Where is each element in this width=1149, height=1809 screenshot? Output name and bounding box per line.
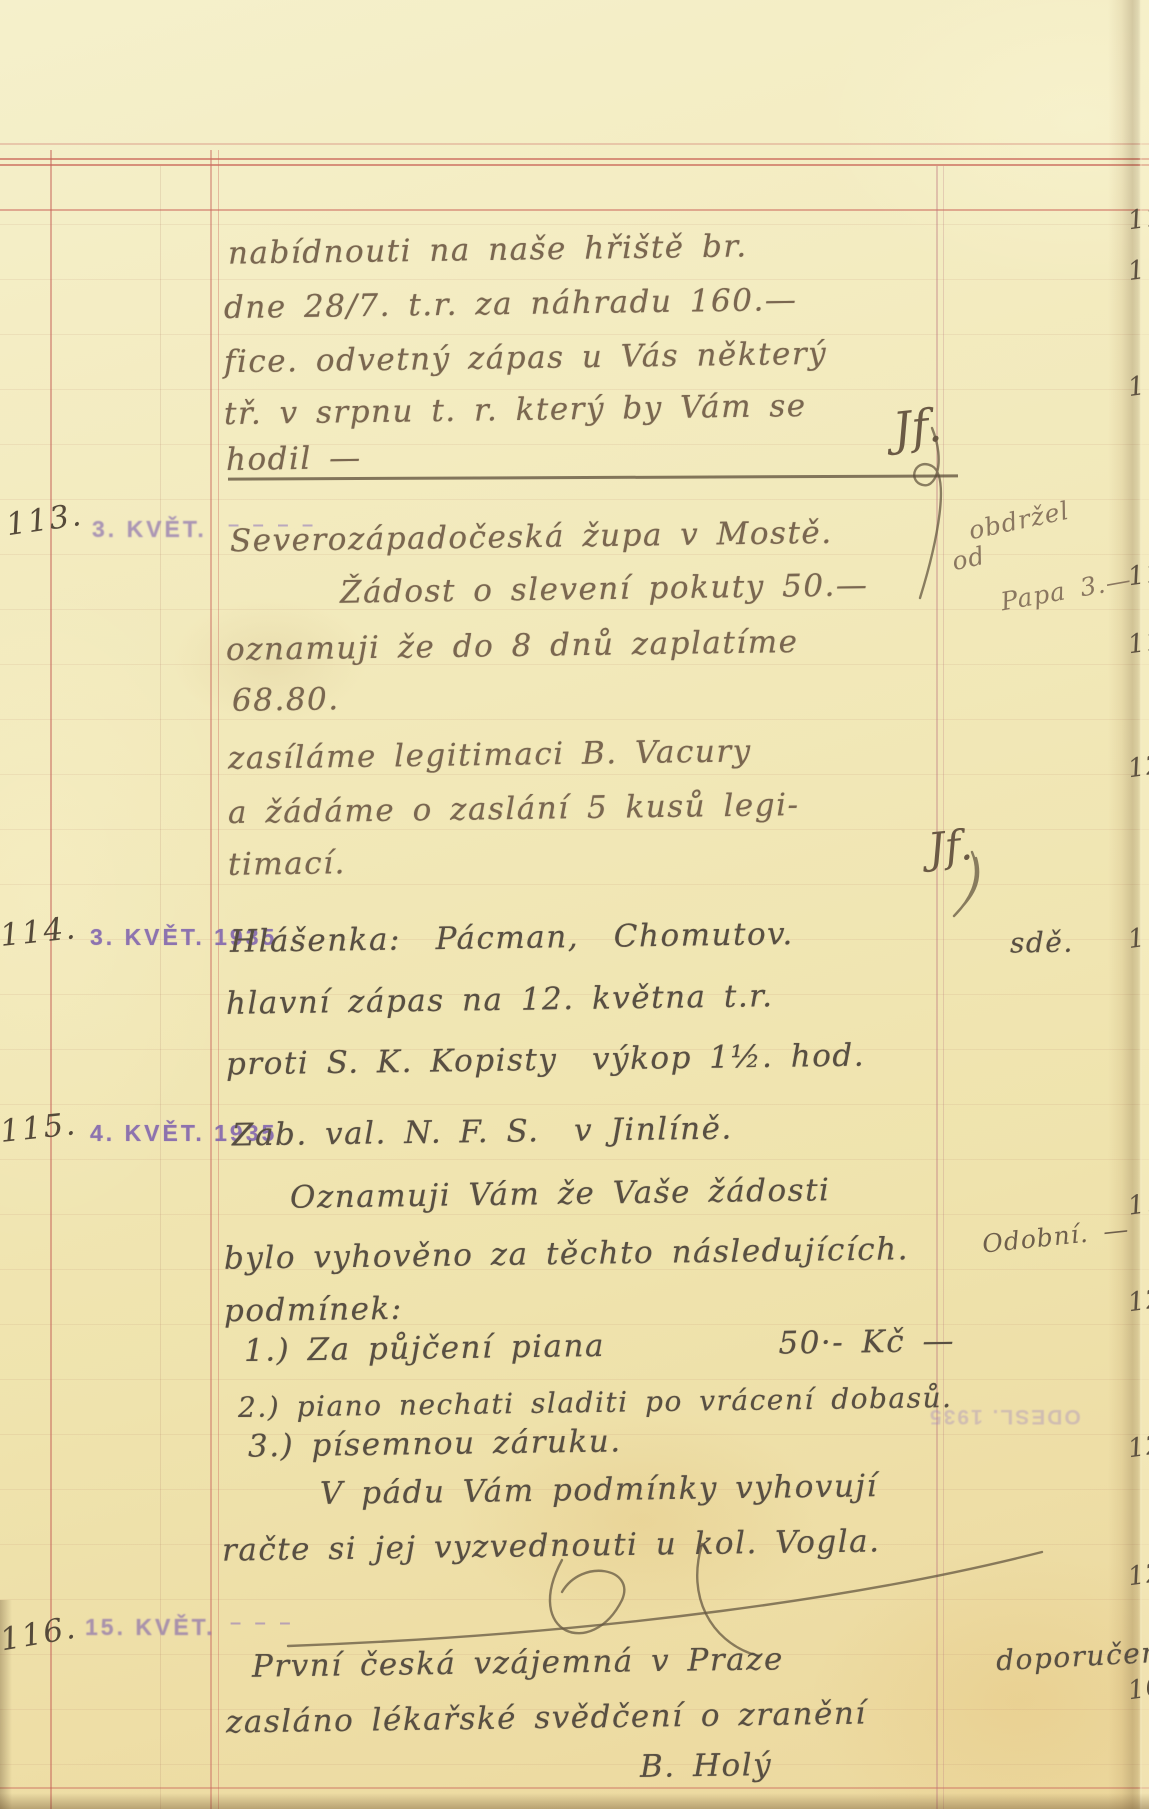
signature-flourish (930, 850, 1030, 930)
date-stamp-faded-year: – – – (230, 1612, 294, 1635)
date-stamp: 15. KVĚT. (85, 1614, 216, 1641)
header-rule-double-a (0, 158, 1149, 160)
entry-line: nabídnouti na naše hřiště br. (228, 228, 748, 271)
entry-line: V pádu Vám podmínky vyhovují (320, 1468, 878, 1512)
edge-fragment: 1. (1126, 1188, 1149, 1221)
entry-line: 2.) piano nechati sladiti po vrácení dob… (238, 1381, 953, 1424)
entry-line: hlavní zápas na 12. května t.r. (226, 978, 774, 1022)
entry-line: proti S. K. Kopisty výkop 1½. hod. (226, 1038, 866, 1083)
entry-line: zasíláme legitimaci B. Vacury (228, 733, 752, 776)
entry-line: fice. odvetný zápas u Vás některý (224, 336, 828, 380)
header-rule-double-b (0, 164, 1149, 166)
entry-line: Žádost o slevení pokuty 50.— (340, 567, 869, 610)
edge-fragment: 11 (1126, 202, 1149, 237)
entry-line: Zab. val. N. F. S. v Jinlíně. (232, 1111, 733, 1154)
edge-fragment: 11 (1126, 558, 1149, 593)
column-rule-number (160, 166, 161, 1809)
edge-fragment: 12 (1126, 1558, 1149, 1593)
column-rule-date-a (210, 150, 212, 1809)
entry-line: Oznamuji Vám že Vaše žádosti (290, 1172, 831, 1216)
entry-number: 115. (0, 1106, 79, 1150)
column-rule-left (50, 150, 52, 1809)
entry-line: První česká vzájemná v Praze (252, 1641, 784, 1684)
edge-fragment: 12 (1126, 1430, 1149, 1465)
ghost-stamp-offset-print: ODESL. 1935 (928, 1404, 1081, 1428)
margin-note: sdě. (1010, 926, 1074, 960)
entry-line: 3.) písemnou záruku. (248, 1423, 622, 1464)
entry-line: hodil — (226, 440, 362, 478)
entry-line: 68.80. (232, 681, 340, 718)
edge-fragment: 11 (1126, 626, 1149, 661)
date-stamp: 3. KVĚT. (92, 516, 207, 543)
entry-line: tř. v srpnu t. r. který by Vám se (224, 388, 807, 432)
entry-line: B. Holý (640, 1747, 773, 1785)
header-rule-faint (0, 143, 1149, 145)
entry-line: a žádáme o zaslání 5 kusů legi- (228, 787, 800, 831)
entry-number: 113. (4, 497, 85, 543)
header-rule-single (0, 209, 1149, 211)
entry-line: 1.) Za půjčení piana 50·- Kč — (244, 1323, 955, 1369)
entry-line: timací. (228, 845, 346, 883)
edge-fragment: 12 (1126, 750, 1149, 785)
entry-line: dne 28/7. t.r. za náhradu 160.— (224, 282, 798, 326)
footer-rule (0, 1787, 1149, 1789)
entry-line: oznamuji že do 8 dnů zaplatíme (226, 624, 799, 668)
bottom-edge-shadow (0, 1793, 1149, 1809)
ledger-page: nabídnouti na naše hřiště br. dne 28/7. … (0, 0, 1149, 1809)
entry-line: zasláno lékařské svědčení o zranění (226, 1696, 867, 1741)
entry-line: bylo vyhověno za těchto následujících. (224, 1231, 909, 1277)
column-rule-date-b (218, 150, 219, 1809)
edge-fragment: 12 (1126, 1284, 1149, 1319)
entry-number: 114. (0, 910, 79, 954)
entry-line: Severozápadočeská župa v Mostě. (230, 515, 833, 559)
entry-line: Hlášenka: Pácman, Chomutov. (230, 916, 794, 960)
edge-fragment: 10 (1126, 1672, 1149, 1707)
entry-line: podmínek: (224, 1291, 403, 1329)
